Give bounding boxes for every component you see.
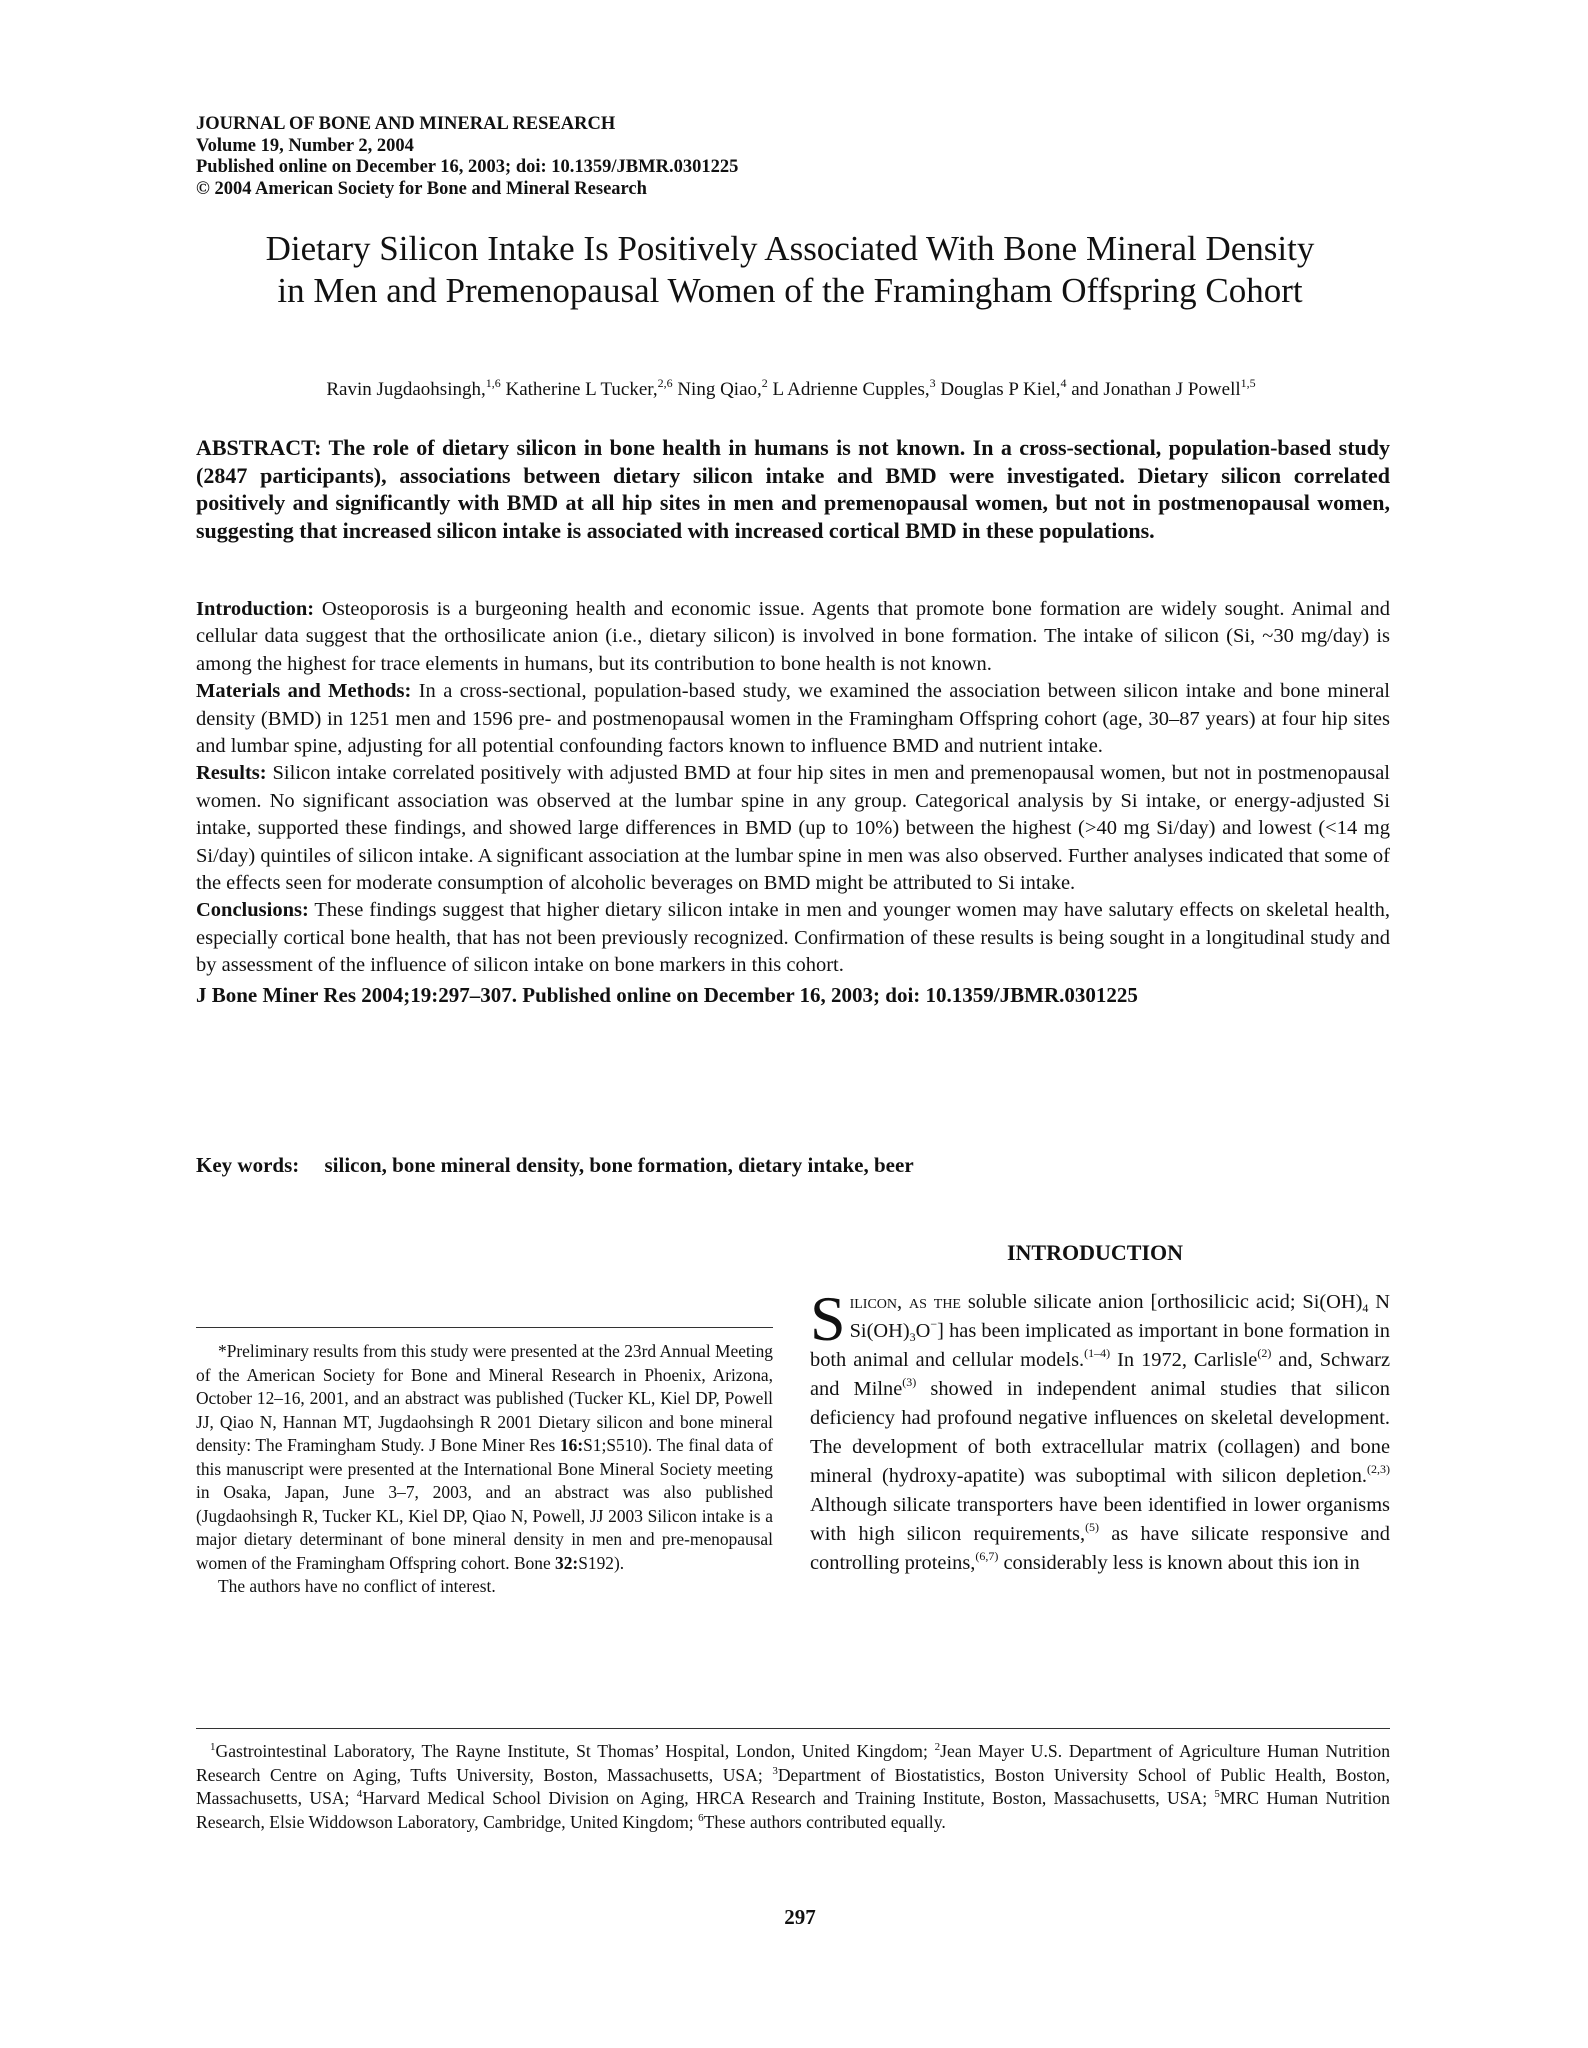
abstract-results: Results: Silicon intake correlated posit… xyxy=(196,760,1390,897)
footnote-preliminary: *Preliminary results from this study wer… xyxy=(196,1340,773,1575)
abstract-conclusions: Conclusions: These findings suggest that… xyxy=(196,897,1390,979)
page-number: 297 xyxy=(760,1905,840,1930)
author-list: Ravin Jugdaohsingh,1,6 Katherine L Tucke… xyxy=(196,378,1386,402)
keywords-label: Key words: xyxy=(196,1153,299,1177)
author: Ravin Jugdaohsingh,1,6 xyxy=(326,379,500,400)
affiliation: Harvard Medical School Division on Aging… xyxy=(362,1788,1214,1808)
footnote: *Preliminary results from this study wer… xyxy=(196,1340,773,1599)
drop-cap: S xyxy=(810,1292,846,1346)
reference-link[interactable]: (6,7) xyxy=(975,1549,998,1563)
abstract-methods: Materials and Methods: In a cross-sectio… xyxy=(196,678,1390,760)
affiliation: Gastrointestinal Laboratory, The Rayne I… xyxy=(216,1741,935,1761)
journal-name: JOURNAL OF BONE AND MINERAL RESEARCH xyxy=(196,114,738,136)
volume-issue: Volume 19, Number 2, 2004 xyxy=(196,136,738,158)
author: Katherine L Tucker,2,6 xyxy=(505,379,672,400)
abstract-introduction: Introduction: Osteoporosis is a burgeoni… xyxy=(196,596,1390,678)
article-title: Dietary Silicon Intake Is Positively Ass… xyxy=(190,228,1390,312)
author: L Adrienne Cupples,3 xyxy=(773,379,936,400)
footnote-conflict: The authors have no conflict of interest… xyxy=(196,1575,773,1599)
reference-link[interactable]: (1–4) xyxy=(1084,1346,1110,1360)
affiliations: 1Gastrointestinal Laboratory, The Rayne … xyxy=(196,1740,1390,1834)
keywords: Key words: silicon, bone mineral density… xyxy=(196,1152,914,1178)
author: Ning Qiao,2 xyxy=(677,379,767,400)
keywords-text: silicon, bone mineral density, bone form… xyxy=(325,1153,914,1177)
section-heading-introduction: INTRODUCTION xyxy=(800,1240,1390,1266)
copyright: © 2004 American Society for Bone and Min… xyxy=(196,179,738,201)
affiliation: These authors contributed equally. xyxy=(704,1812,946,1832)
abstract: ABSTRACT: The role of dietary silicon in… xyxy=(196,434,1390,544)
introduction-body: Silicon, as the soluble silicate anion [… xyxy=(810,1288,1390,1578)
structured-abstract: Introduction: Osteoporosis is a burgeoni… xyxy=(196,596,1390,1009)
journal-header: JOURNAL OF BONE AND MINERAL RESEARCH Vol… xyxy=(196,114,738,200)
reference-link[interactable]: (2,3) xyxy=(1367,1462,1390,1476)
reference-link[interactable]: (5) xyxy=(1085,1520,1099,1534)
title-line-2: in Men and Premenopausal Women of the Fr… xyxy=(190,270,1390,312)
affiliations-divider xyxy=(196,1728,1390,1729)
reference-link[interactable]: (2) xyxy=(1257,1346,1271,1360)
author: and Jonathan J Powell1,5 xyxy=(1071,379,1255,400)
reference-link[interactable]: (3) xyxy=(902,1375,916,1389)
published-online: Published online on December 16, 2003; d… xyxy=(196,157,738,179)
author: Douglas P Kiel,4 xyxy=(940,379,1066,400)
title-line-1: Dietary Silicon Intake Is Positively Ass… xyxy=(190,228,1390,270)
citation-line: J Bone Miner Res 2004;19:297–307. Publis… xyxy=(196,982,1390,1009)
footnote-divider xyxy=(196,1327,773,1328)
